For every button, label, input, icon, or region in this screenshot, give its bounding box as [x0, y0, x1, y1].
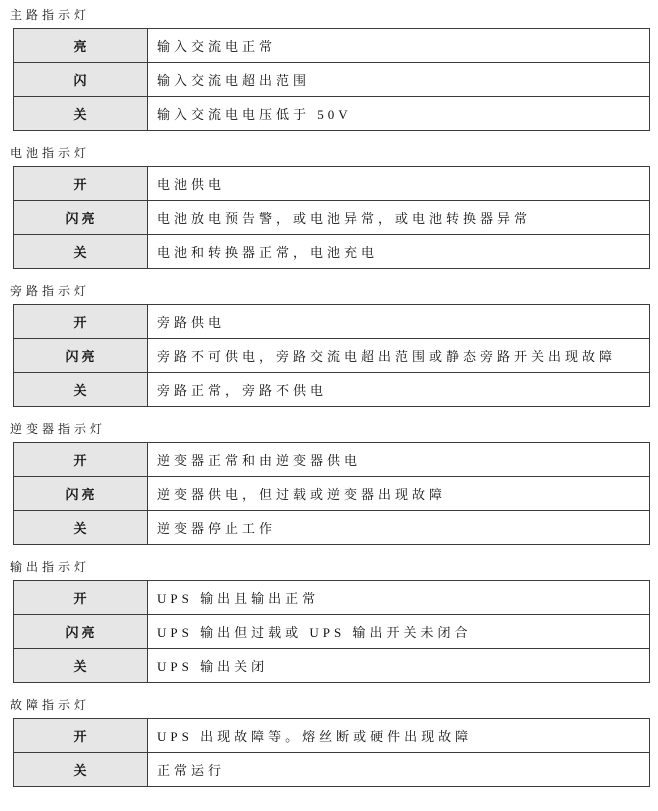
- indicator-table: 开 逆变器正常和由逆变器供电 闪亮 逆变器供电，但过载或逆变器出现故障 关 逆变…: [13, 442, 650, 545]
- indicator-section: 故障指示灯 开 UPS 出现故障等。熔丝断或硬件出现故障 关 正常运行: [10, 698, 650, 787]
- section-title: 主路指示灯: [10, 8, 650, 22]
- indicator-description-cell: 电池放电预告警，或电池异常，或电池转换器异常: [148, 201, 650, 235]
- indicator-description-cell: UPS 输出且输出正常: [148, 581, 650, 615]
- indicator-section: 输出指示灯 开 UPS 输出且输出正常 闪亮 UPS 输出但过载或 UPS 输出…: [10, 560, 650, 683]
- indicator-state-cell: 闪亮: [14, 477, 148, 511]
- indicator-state-cell: 开: [14, 443, 148, 477]
- indicator-table: 开 UPS 出现故障等。熔丝断或硬件出现故障 关 正常运行: [13, 718, 650, 787]
- indicator-table-row: 开 UPS 出现故障等。熔丝断或硬件出现故障: [14, 719, 650, 753]
- indicator-table-body: 开 UPS 出现故障等。熔丝断或硬件出现故障 关 正常运行: [14, 719, 650, 787]
- indicator-description-cell: 逆变器供电，但过载或逆变器出现故障: [148, 477, 650, 511]
- section-title: 故障指示灯: [10, 698, 650, 712]
- section-title: 旁路指示灯: [10, 284, 650, 298]
- indicator-state-cell: 关: [14, 753, 148, 787]
- indicator-state-cell: 闪: [14, 63, 148, 97]
- indicator-state-cell: 开: [14, 581, 148, 615]
- indicator-state-cell: 关: [14, 235, 148, 269]
- indicator-table-body: 开 电池供电 闪亮 电池放电预告警，或电池异常，或电池转换器异常 关 电池和转换…: [14, 167, 650, 269]
- indicator-table: 亮 输入交流电正常 闪 输入交流电超出范围 关 输入交流电电压低于 50V: [13, 28, 650, 131]
- indicator-state-cell: 闪亮: [14, 339, 148, 373]
- indicator-description-cell: UPS 出现故障等。熔丝断或硬件出现故障: [148, 719, 650, 753]
- section-title: 逆变器指示灯: [10, 422, 650, 436]
- indicator-state-cell: 关: [14, 97, 148, 131]
- manual-page: 主路指示灯 亮 输入交流电正常 闪 输入交流电超出范围 关 输入交流电电压低于 …: [0, 0, 658, 787]
- indicator-state-cell: 开: [14, 167, 148, 201]
- indicator-table-body: 亮 输入交流电正常 闪 输入交流电超出范围 关 输入交流电电压低于 50V: [14, 29, 650, 131]
- section-title: 电池指示灯: [10, 146, 650, 160]
- indicator-description-cell: 电池和转换器正常，电池充电: [148, 235, 650, 269]
- indicator-state-cell: 关: [14, 373, 148, 407]
- indicator-description-cell: 电池供电: [148, 167, 650, 201]
- indicator-table-row: 闪亮 UPS 输出但过载或 UPS 输出开关未闭合: [14, 615, 650, 649]
- indicator-table-row: 亮 输入交流电正常: [14, 29, 650, 63]
- indicator-state-cell: 闪亮: [14, 615, 148, 649]
- indicator-table-row: 关 UPS 输出关闭: [14, 649, 650, 683]
- indicator-table-row: 闪 输入交流电超出范围: [14, 63, 650, 97]
- indicator-table-row: 开 电池供电: [14, 167, 650, 201]
- indicator-description-cell: 旁路不可供电，旁路交流电超出范围或静态旁路开关出现故障: [148, 339, 650, 373]
- indicator-table-row: 关 旁路正常，旁路不供电: [14, 373, 650, 407]
- indicator-description-cell: 逆变器正常和由逆变器供电: [148, 443, 650, 477]
- indicator-table-row: 关 输入交流电电压低于 50V: [14, 97, 650, 131]
- indicator-table-row: 开 旁路供电: [14, 305, 650, 339]
- indicator-table-row: 闪亮 旁路不可供电，旁路交流电超出范围或静态旁路开关出现故障: [14, 339, 650, 373]
- indicator-description-cell: 输入交流电正常: [148, 29, 650, 63]
- indicator-table-row: 关 电池和转换器正常，电池充电: [14, 235, 650, 269]
- indicator-description-cell: UPS 输出关闭: [148, 649, 650, 683]
- indicator-description-cell: 正常运行: [148, 753, 650, 787]
- indicator-section: 主路指示灯 亮 输入交流电正常 闪 输入交流电超出范围 关 输入交流电电压低于 …: [10, 8, 650, 131]
- indicator-state-cell: 关: [14, 649, 148, 683]
- indicator-table: 开 旁路供电 闪亮 旁路不可供电，旁路交流电超出范围或静态旁路开关出现故障 关 …: [13, 304, 650, 407]
- indicator-state-cell: 关: [14, 511, 148, 545]
- indicator-state-cell: 开: [14, 719, 148, 753]
- indicator-table-row: 开 UPS 输出且输出正常: [14, 581, 650, 615]
- indicator-table-row: 开 逆变器正常和由逆变器供电: [14, 443, 650, 477]
- indicator-description-cell: 逆变器停止工作: [148, 511, 650, 545]
- indicator-description-cell: 旁路正常，旁路不供电: [148, 373, 650, 407]
- indicator-table-row: 关 正常运行: [14, 753, 650, 787]
- indicator-description-cell: 旁路供电: [148, 305, 650, 339]
- section-title: 输出指示灯: [10, 560, 650, 574]
- indicator-table-body: 开 UPS 输出且输出正常 闪亮 UPS 输出但过载或 UPS 输出开关未闭合 …: [14, 581, 650, 683]
- indicator-state-cell: 亮: [14, 29, 148, 63]
- indicator-section: 电池指示灯 开 电池供电 闪亮 电池放电预告警，或电池异常，或电池转换器异常 关…: [10, 146, 650, 269]
- indicator-table-body: 开 旁路供电 闪亮 旁路不可供电，旁路交流电超出范围或静态旁路开关出现故障 关 …: [14, 305, 650, 407]
- indicator-state-cell: 闪亮: [14, 201, 148, 235]
- indicator-sections-container: 主路指示灯 亮 输入交流电正常 闪 输入交流电超出范围 关 输入交流电电压低于 …: [10, 8, 650, 787]
- indicator-table-row: 闪亮 逆变器供电，但过载或逆变器出现故障: [14, 477, 650, 511]
- indicator-table: 开 电池供电 闪亮 电池放电预告警，或电池异常，或电池转换器异常 关 电池和转换…: [13, 166, 650, 269]
- indicator-state-cell: 开: [14, 305, 148, 339]
- indicator-section: 逆变器指示灯 开 逆变器正常和由逆变器供电 闪亮 逆变器供电，但过载或逆变器出现…: [10, 422, 650, 545]
- indicator-section: 旁路指示灯 开 旁路供电 闪亮 旁路不可供电，旁路交流电超出范围或静态旁路开关出…: [10, 284, 650, 407]
- indicator-description-cell: 输入交流电电压低于 50V: [148, 97, 650, 131]
- indicator-description-cell: UPS 输出但过载或 UPS 输出开关未闭合: [148, 615, 650, 649]
- indicator-table-body: 开 逆变器正常和由逆变器供电 闪亮 逆变器供电，但过载或逆变器出现故障 关 逆变…: [14, 443, 650, 545]
- indicator-table-row: 闪亮 电池放电预告警，或电池异常，或电池转换器异常: [14, 201, 650, 235]
- indicator-table-row: 关 逆变器停止工作: [14, 511, 650, 545]
- indicator-description-cell: 输入交流电超出范围: [148, 63, 650, 97]
- indicator-table: 开 UPS 输出且输出正常 闪亮 UPS 输出但过载或 UPS 输出开关未闭合 …: [13, 580, 650, 683]
